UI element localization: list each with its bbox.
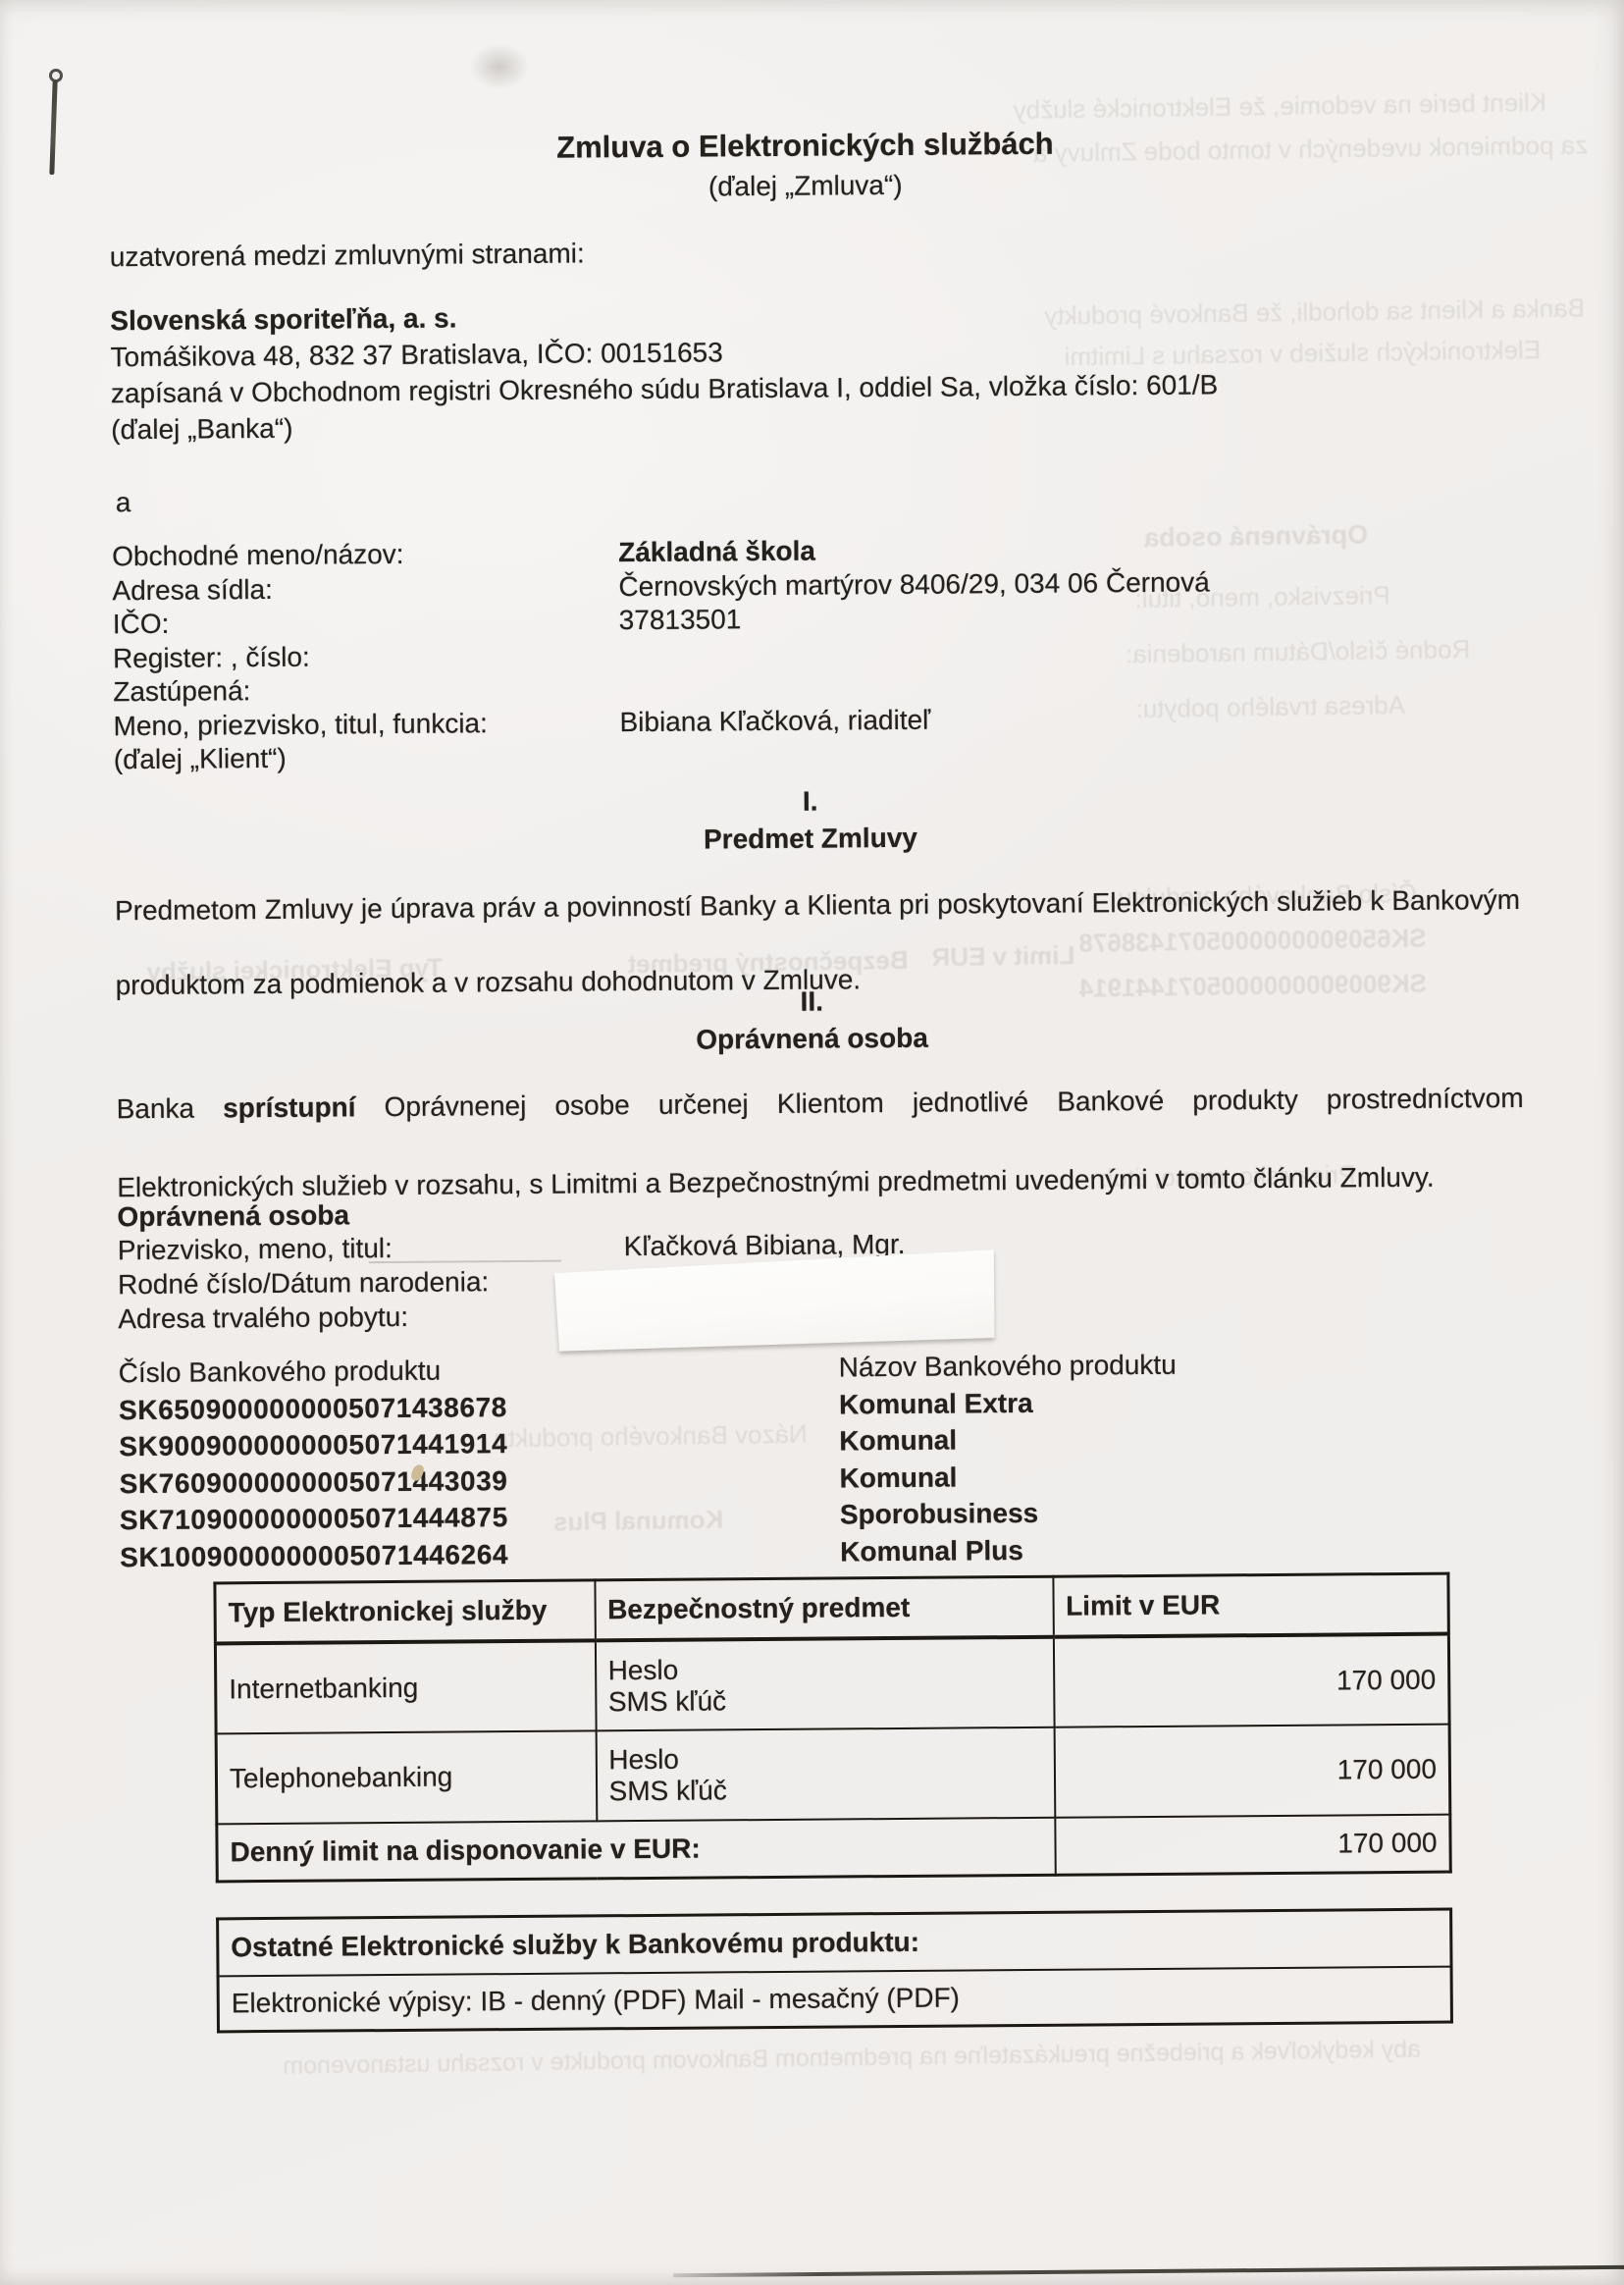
col-header-limit: Limit v EUR [1053, 1573, 1448, 1637]
paragraph-text: Oprávnenej osobe určenej Klientom jednot… [384, 1083, 1523, 1122]
scanned-contract-page: Klient berie na vedomie, že Elektronické… [0, 0, 1624, 2285]
bleed-through-text: Klient berie na vedomie, že Elektronické… [1013, 87, 1546, 126]
redaction-tape [554, 1248, 995, 1352]
client-value [619, 633, 1211, 671]
col-header-security: Bezpečnostný predmet [595, 1576, 1053, 1640]
daily-limit-value: 170 000 [1055, 1815, 1450, 1876]
authorized-label: Rodné číslo/Dátum narodenia: [118, 1263, 624, 1302]
client-label: Adresa sídla: [112, 570, 618, 609]
product-number: SK6509000000005071438678 [119, 1386, 839, 1428]
security-item: Heslo [608, 1651, 1041, 1685]
client-value: 37813501 [619, 599, 1211, 637]
product-name: Komunal [839, 1457, 1177, 1496]
daily-limit-label: Denný limit na disponovanie v EUR: [217, 1818, 1055, 1882]
service-cell: Telephonebanking [216, 1730, 597, 1824]
bank-alias: (ďalej „Banka“) [111, 402, 1219, 448]
paragraph-line: Predmetom Zmluvy je úprava práv a povinn… [115, 881, 1521, 967]
page-content: Klient berie na vedomie, že Elektronické… [0, 0, 1624, 2285]
table-header-row: Typ Elektronickej služby Bezpečnostný pr… [215, 1573, 1448, 1643]
product-name: Sporobusiness [840, 1494, 1178, 1533]
bleed-through-text: aby kedykoľvek a priebežne preukázateľne… [283, 2036, 1421, 2081]
client-value: Černovských martýrov 8406/29, 034 06 Čer… [618, 565, 1210, 604]
security-cell: Heslo SMS kľúč [595, 1637, 1054, 1731]
product-number: SK7109000000005071444875 [120, 1496, 840, 1538]
client-value [620, 734, 1212, 772]
limit-cell: 170 000 [1054, 1725, 1450, 1818]
client-value [619, 666, 1211, 705]
product-number: SK1009000000005071446264 [120, 1533, 840, 1575]
authorized-person-heading: Oprávnená osoba [117, 1197, 349, 1235]
client-label: Zastúpená: [113, 671, 619, 710]
client-label: Obchodné meno/názov: [112, 536, 618, 574]
client-label: Register: , číslo: [113, 638, 619, 676]
table-row: Internetbanking Heslo SMS kľúč 170 000 [215, 1634, 1449, 1734]
other-services-heading: Ostatné Elektronické služby k Bankovému … [218, 1909, 1451, 1976]
authorized-label: Adresa trvalého pobytu: [118, 1298, 624, 1336]
product-name: Komunal [839, 1420, 1177, 1460]
service-cell: Internetbanking [215, 1640, 596, 1733]
scan-smudge [469, 43, 530, 90]
security-item: SMS kľúč [608, 1682, 1041, 1717]
security-cell: Heslo SMS kľúč [596, 1727, 1055, 1822]
other-services-table: Ostatné Elektronické služby k Bankovému … [216, 1908, 1453, 2034]
client-label: (ďalej „Klient“) [114, 739, 620, 777]
security-item: Heslo [608, 1741, 1041, 1776]
client-value: Základná škola [618, 531, 1210, 569]
paragraph-text-bold: sprístupní [223, 1091, 356, 1123]
product-name: Komunal Extra [839, 1383, 1177, 1422]
other-services-row: Elektronické výpisy: IB - denný (PDF) Ma… [218, 1967, 1451, 2032]
document-subtitle: (ďalej „Zmluva“) [0, 162, 1617, 210]
product-number: SK7609000000005071443039 [119, 1460, 839, 1502]
client-value: Bibiana Kľačková, riaditeľ [619, 701, 1211, 739]
client-label: Meno, priezvisko, titul, funkcia: [113, 706, 619, 744]
table-header-row: Ostatné Elektronické služby k Bankovému … [218, 1909, 1451, 1976]
client-details: Obchodné meno/názov: Základná škola Adre… [112, 531, 1211, 776]
limits-table: Typ Elektronickej služby Bezpečnostný pr… [213, 1572, 1451, 1884]
limit-cell: 170 000 [1053, 1634, 1449, 1727]
bank-products-list: Číslo Bankového produktu Názov Bankového… [119, 1347, 1179, 1575]
conjunction-a: a [116, 485, 131, 520]
product-name-header: Názov Bankového produktu [839, 1347, 1177, 1386]
client-label: IČO: [113, 604, 619, 642]
intro-line: uzatvorená medzi zmluvnými stranami: [110, 236, 585, 275]
bank-details: Slovenská sporiteľňa, a. s. Tomášikova 4… [110, 293, 1219, 448]
col-header-service: Typ Elektronickej služby [215, 1580, 595, 1644]
product-number-header: Číslo Bankového produktu [119, 1349, 839, 1391]
table-row: Elektronické výpisy: IB - denný (PDF) Ma… [218, 1967, 1451, 2032]
security-item: SMS kľúč [608, 1773, 1041, 1807]
table-footer-row: Denný limit na disponovanie v EUR: 170 0… [217, 1815, 1450, 1882]
paragraph-text: Banka [116, 1093, 194, 1125]
product-name: Komunal Plus [840, 1530, 1178, 1569]
table-row: Telephonebanking Heslo SMS kľúč 170 000 [216, 1725, 1450, 1825]
redaction-tape-surface [554, 1248, 995, 1352]
paragraph-line: Banka sprístupní Oprávnenej osobe určene… [116, 1079, 1524, 1168]
product-number: SK9009000000005071441914 [119, 1422, 839, 1464]
section-2-paragraph: Banka sprístupní Oprávnenej osobe určene… [116, 1079, 1524, 1207]
